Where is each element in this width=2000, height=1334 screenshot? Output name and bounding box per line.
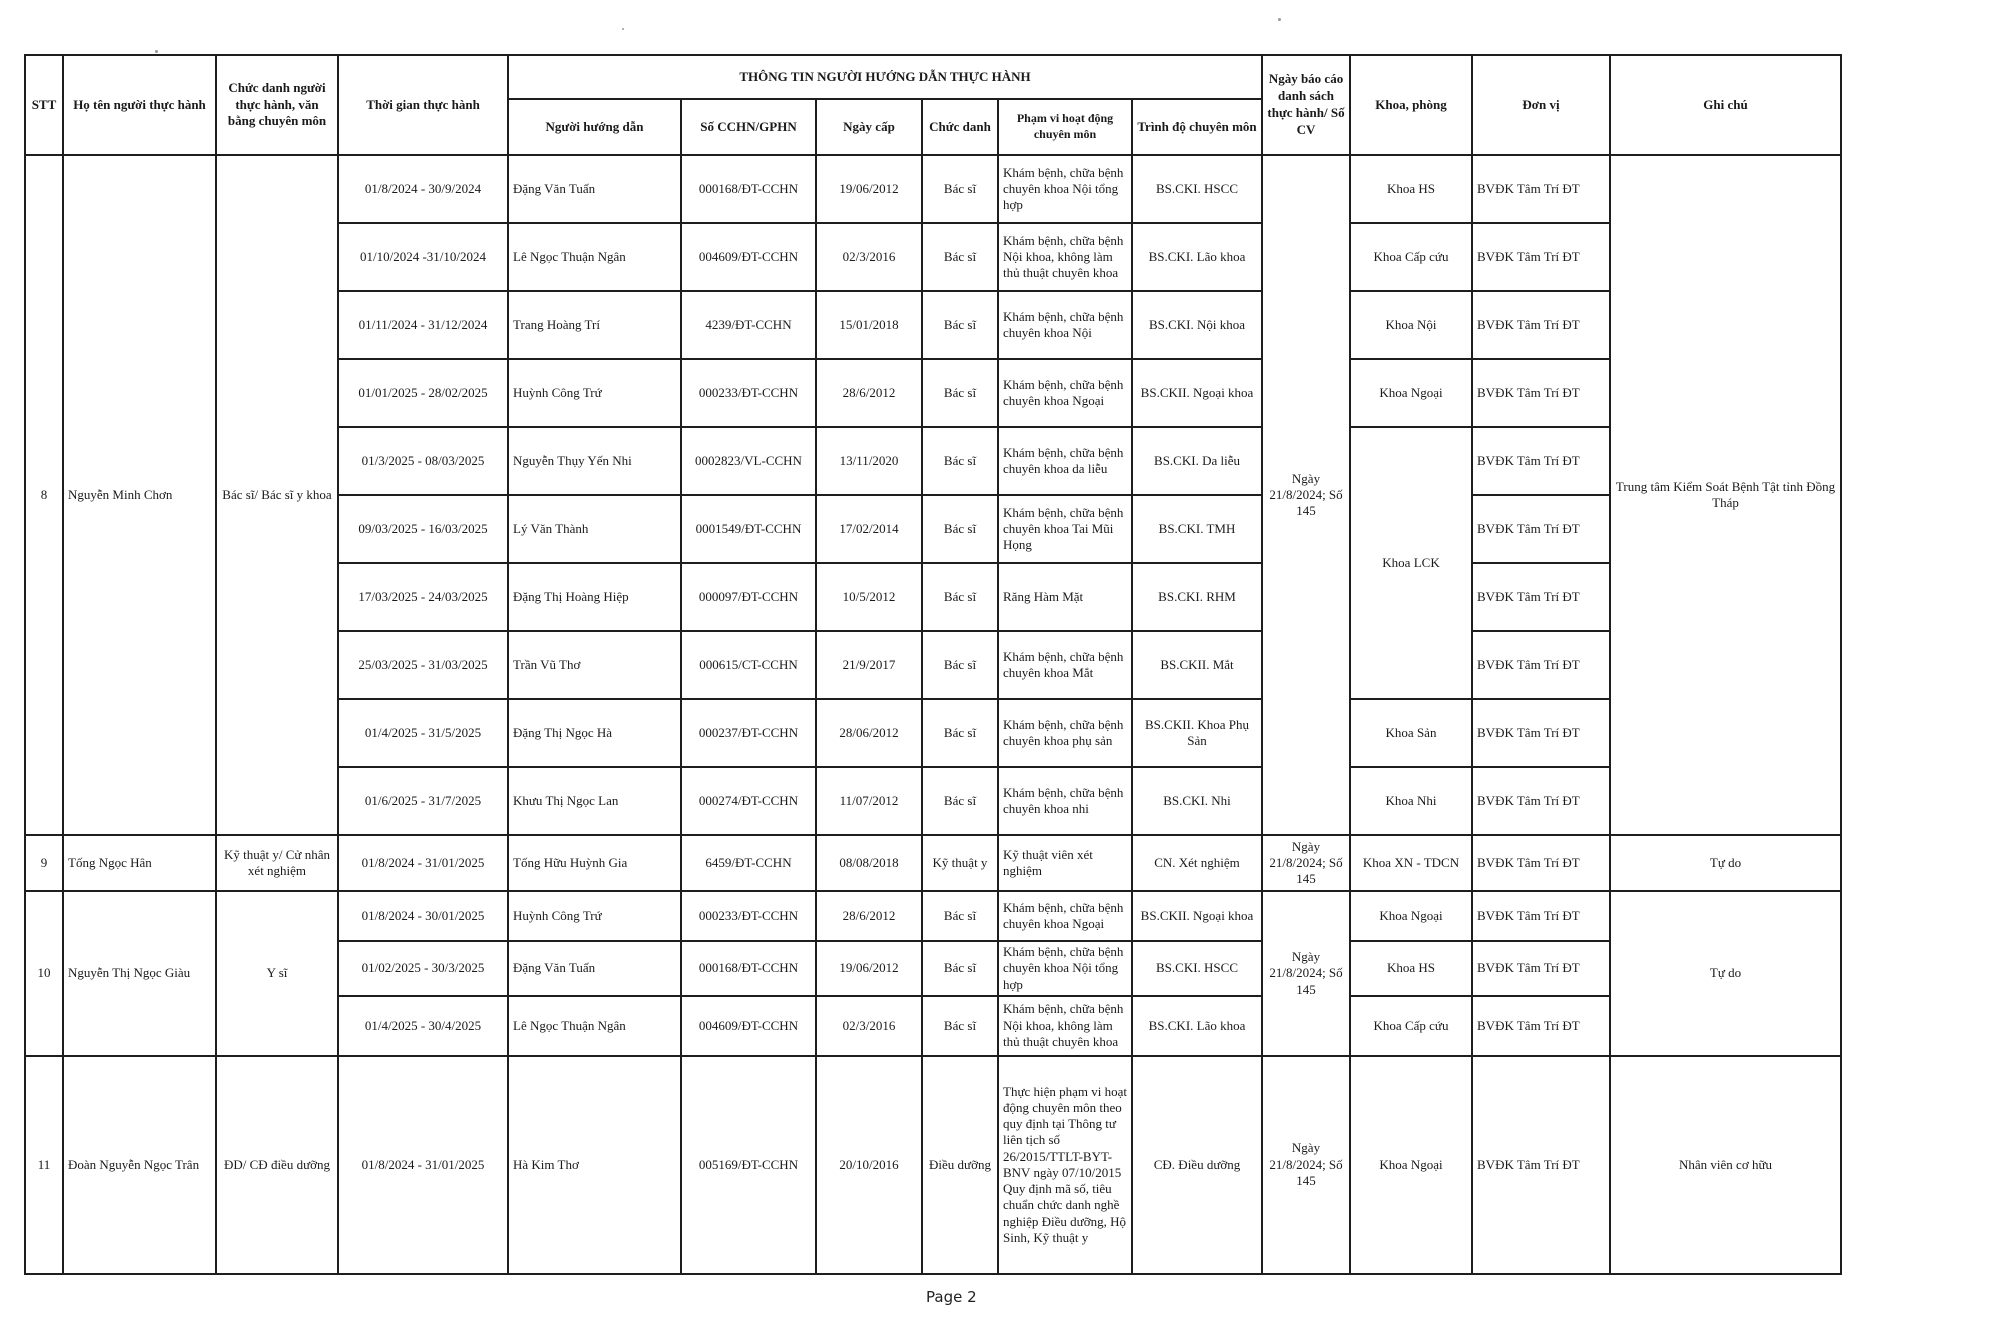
cell-note: Trung tâm Kiểm Soát Bệnh Tật tỉnh Đồng T…: [1610, 155, 1841, 835]
cell-practitioner-title: Y sĩ: [216, 891, 338, 1056]
cell-scope: Khám bệnh, chữa bệnh chuyên khoa Nội tổn…: [998, 155, 1132, 223]
cell-cert-number: 000097/ĐT-CCHN: [681, 563, 816, 631]
cell-unit: BVĐK Tâm Trí ĐT: [1472, 699, 1610, 767]
cell-note: Nhân viên cơ hữu: [1610, 1056, 1841, 1274]
cell-unit: BVĐK Tâm Trí ĐT: [1472, 631, 1610, 699]
cell-mentor: Trang Hoàng Trí: [508, 291, 681, 359]
cell-department: Khoa Nội: [1350, 291, 1472, 359]
cell-qualification: BS.CKI. Lão khoa: [1132, 996, 1262, 1056]
cell-practitioner-title: Kỹ thuật y/ Cử nhân xét nghiệm: [216, 835, 338, 891]
cell-scope: Kỹ thuật viên xét nghiệm: [998, 835, 1132, 891]
header-practitioner-title: Chức danh người thực hành, văn bằng chuy…: [216, 55, 338, 155]
cell-report-date: Ngày 21/8/2024; Số 145: [1262, 1056, 1350, 1274]
cell-scope: Khám bệnh, chữa bệnh chuyên khoa Tai Mũi…: [998, 495, 1132, 563]
cell-issue-date: 10/5/2012: [816, 563, 922, 631]
cell-mentor-title: Điều dưỡng: [922, 1056, 998, 1274]
cell-qualification: BS.CKI. TMH: [1132, 495, 1262, 563]
cell-qualification: BS.CKI. HSCC: [1132, 155, 1262, 223]
cell-period: 01/10/2024 -31/10/2024: [338, 223, 508, 291]
cell-cert-number: 000168/ĐT-CCHN: [681, 155, 816, 223]
cell-issue-date: 13/11/2020: [816, 427, 922, 495]
cell-unit: BVĐK Tâm Trí ĐT: [1472, 427, 1610, 495]
cell-issue-date: 02/3/2016: [816, 996, 922, 1056]
cell-qualification: CĐ. Điều dưỡng: [1132, 1056, 1262, 1274]
header-mentor-group: THÔNG TIN NGƯỜI HƯỚNG DẪN THỰC HÀNH: [508, 55, 1262, 99]
table-body: 8Nguyễn Minh ChơnBác sĩ/ Bác sĩ y khoa01…: [25, 155, 1841, 1274]
cell-unit: BVĐK Tâm Trí ĐT: [1472, 941, 1610, 996]
cell-period: 01/01/2025 - 28/02/2025: [338, 359, 508, 427]
cell-scope: Khám bệnh, chữa bệnh chuyên khoa nhi: [998, 767, 1132, 835]
cell-scope: Răng Hàm Mặt: [998, 563, 1132, 631]
cell-mentor-title: Bác sĩ: [922, 699, 998, 767]
cell-mentor-title: Bác sĩ: [922, 223, 998, 291]
cell-period: 01/11/2024 - 31/12/2024: [338, 291, 508, 359]
cell-scope: Khám bệnh, chữa bệnh chuyên khoa Mắt: [998, 631, 1132, 699]
header-stt: STT: [25, 55, 63, 155]
cell-unit: BVĐK Tâm Trí ĐT: [1472, 563, 1610, 631]
cell-note: Tự do: [1610, 891, 1841, 1056]
cell-mentor: Lê Ngọc Thuận Ngân: [508, 223, 681, 291]
header-scope: Phạm vi hoạt động chuyên môn: [998, 99, 1132, 155]
cell-issue-date: 28/06/2012: [816, 699, 922, 767]
cell-unit: BVĐK Tâm Trí ĐT: [1472, 835, 1610, 891]
cell-practitioner-title: Bác sĩ/ Bác sĩ y khoa: [216, 155, 338, 835]
cell-department: Khoa XN - TDCN: [1350, 835, 1472, 891]
cell-cert-number: 000274/ĐT-CCHN: [681, 767, 816, 835]
cell-mentor: Nguyễn Thụy Yến Nhi: [508, 427, 681, 495]
cell-mentor: Đặng Văn Tuấn: [508, 155, 681, 223]
cell-scope: Khám bệnh, chữa bệnh chuyên khoa Nội: [998, 291, 1132, 359]
table-row: 11Đoàn Nguyễn Ngọc TrânĐD/ CĐ điều dưỡng…: [25, 1056, 1841, 1274]
cell-unit: BVĐK Tâm Trí ĐT: [1472, 291, 1610, 359]
cell-report-date: Ngày 21/8/2024; Số 145: [1262, 835, 1350, 891]
cell-practitioner-title: ĐD/ CĐ điều dưỡng: [216, 1056, 338, 1274]
cell-mentor: Đặng Văn Tuấn: [508, 941, 681, 996]
cell-cert-number: 6459/ĐT-CCHN: [681, 835, 816, 891]
cell-issue-date: 28/6/2012: [816, 891, 922, 941]
table-header: STT Họ tên người thực hành Chức danh ngư…: [25, 55, 1841, 155]
cell-cert-number: 005169/ĐT-CCHN: [681, 1056, 816, 1274]
cell-qualification: BS.CKI. Lão khoa: [1132, 223, 1262, 291]
cell-unit: BVĐK Tâm Trí ĐT: [1472, 495, 1610, 563]
cell-stt: 10: [25, 891, 63, 1056]
cell-department: Khoa Ngoại: [1350, 1056, 1472, 1274]
cell-cert-number: 4239/ĐT-CCHN: [681, 291, 816, 359]
cell-qualification: BS.CKI. Nhi: [1132, 767, 1262, 835]
cell-mentor: Đặng Thị Hoàng Hiệp: [508, 563, 681, 631]
header-note: Ghi chú: [1610, 55, 1841, 155]
cell-period: 01/6/2025 - 31/7/2025: [338, 767, 508, 835]
cell-period: 01/3/2025 - 08/03/2025: [338, 427, 508, 495]
cell-mentor: Lê Ngọc Thuận Ngân: [508, 996, 681, 1056]
cell-qualification: BS.CKI. HSCC: [1132, 941, 1262, 996]
cell-scope: Khám bệnh, chữa bệnh chuyên khoa Ngoại: [998, 891, 1132, 941]
cell-period: 01/8/2024 - 30/01/2025: [338, 891, 508, 941]
cell-mentor: Khưu Thị Ngọc Lan: [508, 767, 681, 835]
header-unit: Đơn vị: [1472, 55, 1610, 155]
cell-department: Khoa HS: [1350, 155, 1472, 223]
header-practitioner-name: Họ tên người thực hành: [63, 55, 216, 155]
header-cert-number: Số CCHN/GPHN: [681, 99, 816, 155]
cell-issue-date: 11/07/2012: [816, 767, 922, 835]
cell-mentor-title: Kỹ thuật y: [922, 835, 998, 891]
cell-department: Khoa Sản: [1350, 699, 1472, 767]
cell-scope: Khám bệnh, chữa bệnh chuyên khoa da liễu: [998, 427, 1132, 495]
cell-department: Khoa Ngoại: [1350, 891, 1472, 941]
cell-scope: Thực hiện phạm vi hoạt động chuyên môn t…: [998, 1056, 1132, 1274]
cell-department: Khoa HS: [1350, 941, 1472, 996]
cell-scope: Khám bệnh, chữa bệnh Nội khoa, không làm…: [998, 996, 1132, 1056]
header-issue-date: Ngày cấp: [816, 99, 922, 155]
cell-mentor-title: Bác sĩ: [922, 941, 998, 996]
cell-cert-number: 004609/ĐT-CCHN: [681, 223, 816, 291]
cell-note: Tự do: [1610, 835, 1841, 891]
cell-mentor-title: Bác sĩ: [922, 495, 998, 563]
document-sheet: STT Họ tên người thực hành Chức danh ngư…: [24, 54, 1840, 1275]
cell-scope: Khám bệnh, chữa bệnh Nội khoa, không làm…: [998, 223, 1132, 291]
cell-period: 09/03/2025 - 16/03/2025: [338, 495, 508, 563]
cell-period: 01/02/2025 - 30/3/2025: [338, 941, 508, 996]
cell-mentor-title: Bác sĩ: [922, 563, 998, 631]
cell-issue-date: 28/6/2012: [816, 359, 922, 427]
cell-issue-date: 02/3/2016: [816, 223, 922, 291]
scan-speck: [155, 50, 158, 53]
cell-stt: 8: [25, 155, 63, 835]
cell-period: 25/03/2025 - 31/03/2025: [338, 631, 508, 699]
cell-issue-date: 15/01/2018: [816, 291, 922, 359]
cell-cert-number: 000233/ĐT-CCHN: [681, 359, 816, 427]
cell-issue-date: 21/9/2017: [816, 631, 922, 699]
cell-mentor-title: Bác sĩ: [922, 155, 998, 223]
header-department: Khoa, phòng: [1350, 55, 1472, 155]
header-mentor: Người hướng dẫn: [508, 99, 681, 155]
cell-department: Khoa Nhi: [1350, 767, 1472, 835]
header-report-date: Ngày báo cáo danh sách thực hành/ Số CV: [1262, 55, 1350, 155]
cell-report-date: Ngày 21/8/2024; Số 145: [1262, 891, 1350, 1056]
practice-table: STT Họ tên người thực hành Chức danh ngư…: [24, 54, 1842, 1275]
cell-mentor: Hà Kim Thơ: [508, 1056, 681, 1274]
page-number: Page 2: [926, 1288, 977, 1306]
cell-practitioner-name: Nguyễn Minh Chơn: [63, 155, 216, 835]
cell-unit: BVĐK Tâm Trí ĐT: [1472, 359, 1610, 427]
cell-practitioner-name: Nguyễn Thị Ngọc Giàu: [63, 891, 216, 1056]
cell-mentor: Huỳnh Công Trứ: [508, 891, 681, 941]
cell-mentor: Trần Vũ Thơ: [508, 631, 681, 699]
table-row: 9Tống Ngọc HânKỹ thuật y/ Cử nhân xét ng…: [25, 835, 1841, 891]
cell-mentor-title: Bác sĩ: [922, 996, 998, 1056]
cell-unit: BVĐK Tâm Trí ĐT: [1472, 155, 1610, 223]
cell-period: 17/03/2025 - 24/03/2025: [338, 563, 508, 631]
cell-cert-number: 000233/ĐT-CCHN: [681, 891, 816, 941]
cell-report-date: Ngày 21/8/2024; Số 145: [1262, 155, 1350, 835]
cell-stt: 11: [25, 1056, 63, 1274]
cell-qualification: BS.CKI. Nội khoa: [1132, 291, 1262, 359]
cell-period: 01/4/2025 - 31/5/2025: [338, 699, 508, 767]
cell-period: 01/4/2025 - 30/4/2025: [338, 996, 508, 1056]
cell-unit: BVĐK Tâm Trí ĐT: [1472, 891, 1610, 941]
cell-unit: BVĐK Tâm Trí ĐT: [1472, 767, 1610, 835]
cell-scope: Khám bệnh, chữa bệnh chuyên khoa Ngoại: [998, 359, 1132, 427]
cell-practitioner-name: Tống Ngọc Hân: [63, 835, 216, 891]
cell-department: Khoa Cấp cứu: [1350, 996, 1472, 1056]
header-qualification: Trình độ chuyên môn: [1132, 99, 1262, 155]
cell-mentor-title: Bác sĩ: [922, 891, 998, 941]
cell-period: 01/8/2024 - 31/01/2025: [338, 1056, 508, 1274]
cell-mentor-title: Bác sĩ: [922, 291, 998, 359]
cell-cert-number: 004609/ĐT-CCHN: [681, 996, 816, 1056]
cell-mentor-title: Bác sĩ: [922, 631, 998, 699]
cell-qualification: BS.CKII. Ngoại khoa: [1132, 359, 1262, 427]
scan-speck: [1278, 18, 1281, 21]
cell-issue-date: 20/10/2016: [816, 1056, 922, 1274]
cell-unit: BVĐK Tâm Trí ĐT: [1472, 223, 1610, 291]
cell-scope: Khám bệnh, chữa bệnh chuyên khoa phụ sản: [998, 699, 1132, 767]
cell-mentor-title: Bác sĩ: [922, 767, 998, 835]
cell-cert-number: 000237/ĐT-CCHN: [681, 699, 816, 767]
table-row: 10Nguyễn Thị Ngọc GiàuY sĩ01/8/2024 - 30…: [25, 891, 1841, 941]
cell-mentor-title: Bác sĩ: [922, 427, 998, 495]
cell-issue-date: 17/02/2014: [816, 495, 922, 563]
cell-cert-number: 0001549/ĐT-CCHN: [681, 495, 816, 563]
cell-cert-number: 000168/ĐT-CCHN: [681, 941, 816, 996]
cell-qualification: CN. Xét nghiệm: [1132, 835, 1262, 891]
cell-period: 01/8/2024 - 31/01/2025: [338, 835, 508, 891]
cell-issue-date: 19/06/2012: [816, 155, 922, 223]
cell-scope: Khám bệnh, chữa bệnh chuyên khoa Nội tổn…: [998, 941, 1132, 996]
header-practice-period: Thời gian thực hành: [338, 55, 508, 155]
cell-mentor-title: Bác sĩ: [922, 359, 998, 427]
cell-unit: BVĐK Tâm Trí ĐT: [1472, 996, 1610, 1056]
cell-qualification: BS.CKII. Khoa Phụ Sản: [1132, 699, 1262, 767]
cell-qualification: BS.CKII. Ngoại khoa: [1132, 891, 1262, 941]
table-row: 8Nguyễn Minh ChơnBác sĩ/ Bác sĩ y khoa01…: [25, 155, 1841, 223]
cell-practitioner-name: Đoàn Nguyễn Ngọc Trân: [63, 1056, 216, 1274]
cell-mentor: Huỳnh Công Trứ: [508, 359, 681, 427]
cell-stt: 9: [25, 835, 63, 891]
cell-qualification: BS.CKI. Da liễu: [1132, 427, 1262, 495]
cell-department: Khoa Ngoại: [1350, 359, 1472, 427]
cell-qualification: BS.CKII. Mắt: [1132, 631, 1262, 699]
cell-department: Khoa LCK: [1350, 427, 1472, 699]
cell-cert-number: 0002823/VL-CCHN: [681, 427, 816, 495]
cell-issue-date: 08/08/2018: [816, 835, 922, 891]
cell-qualification: BS.CKI. RHM: [1132, 563, 1262, 631]
cell-mentor: Đặng Thị Ngọc Hà: [508, 699, 681, 767]
cell-period: 01/8/2024 - 30/9/2024: [338, 155, 508, 223]
cell-mentor: Tống Hữu Huỳnh Gia: [508, 835, 681, 891]
cell-mentor: Lý Văn Thành: [508, 495, 681, 563]
cell-unit: BVĐK Tâm Trí ĐT: [1472, 1056, 1610, 1274]
header-mentor-title: Chức danh: [922, 99, 998, 155]
cell-issue-date: 19/06/2012: [816, 941, 922, 996]
scan-speck: [622, 28, 624, 30]
cell-cert-number: 000615/CT-CCHN: [681, 631, 816, 699]
cell-department: Khoa Cấp cứu: [1350, 223, 1472, 291]
